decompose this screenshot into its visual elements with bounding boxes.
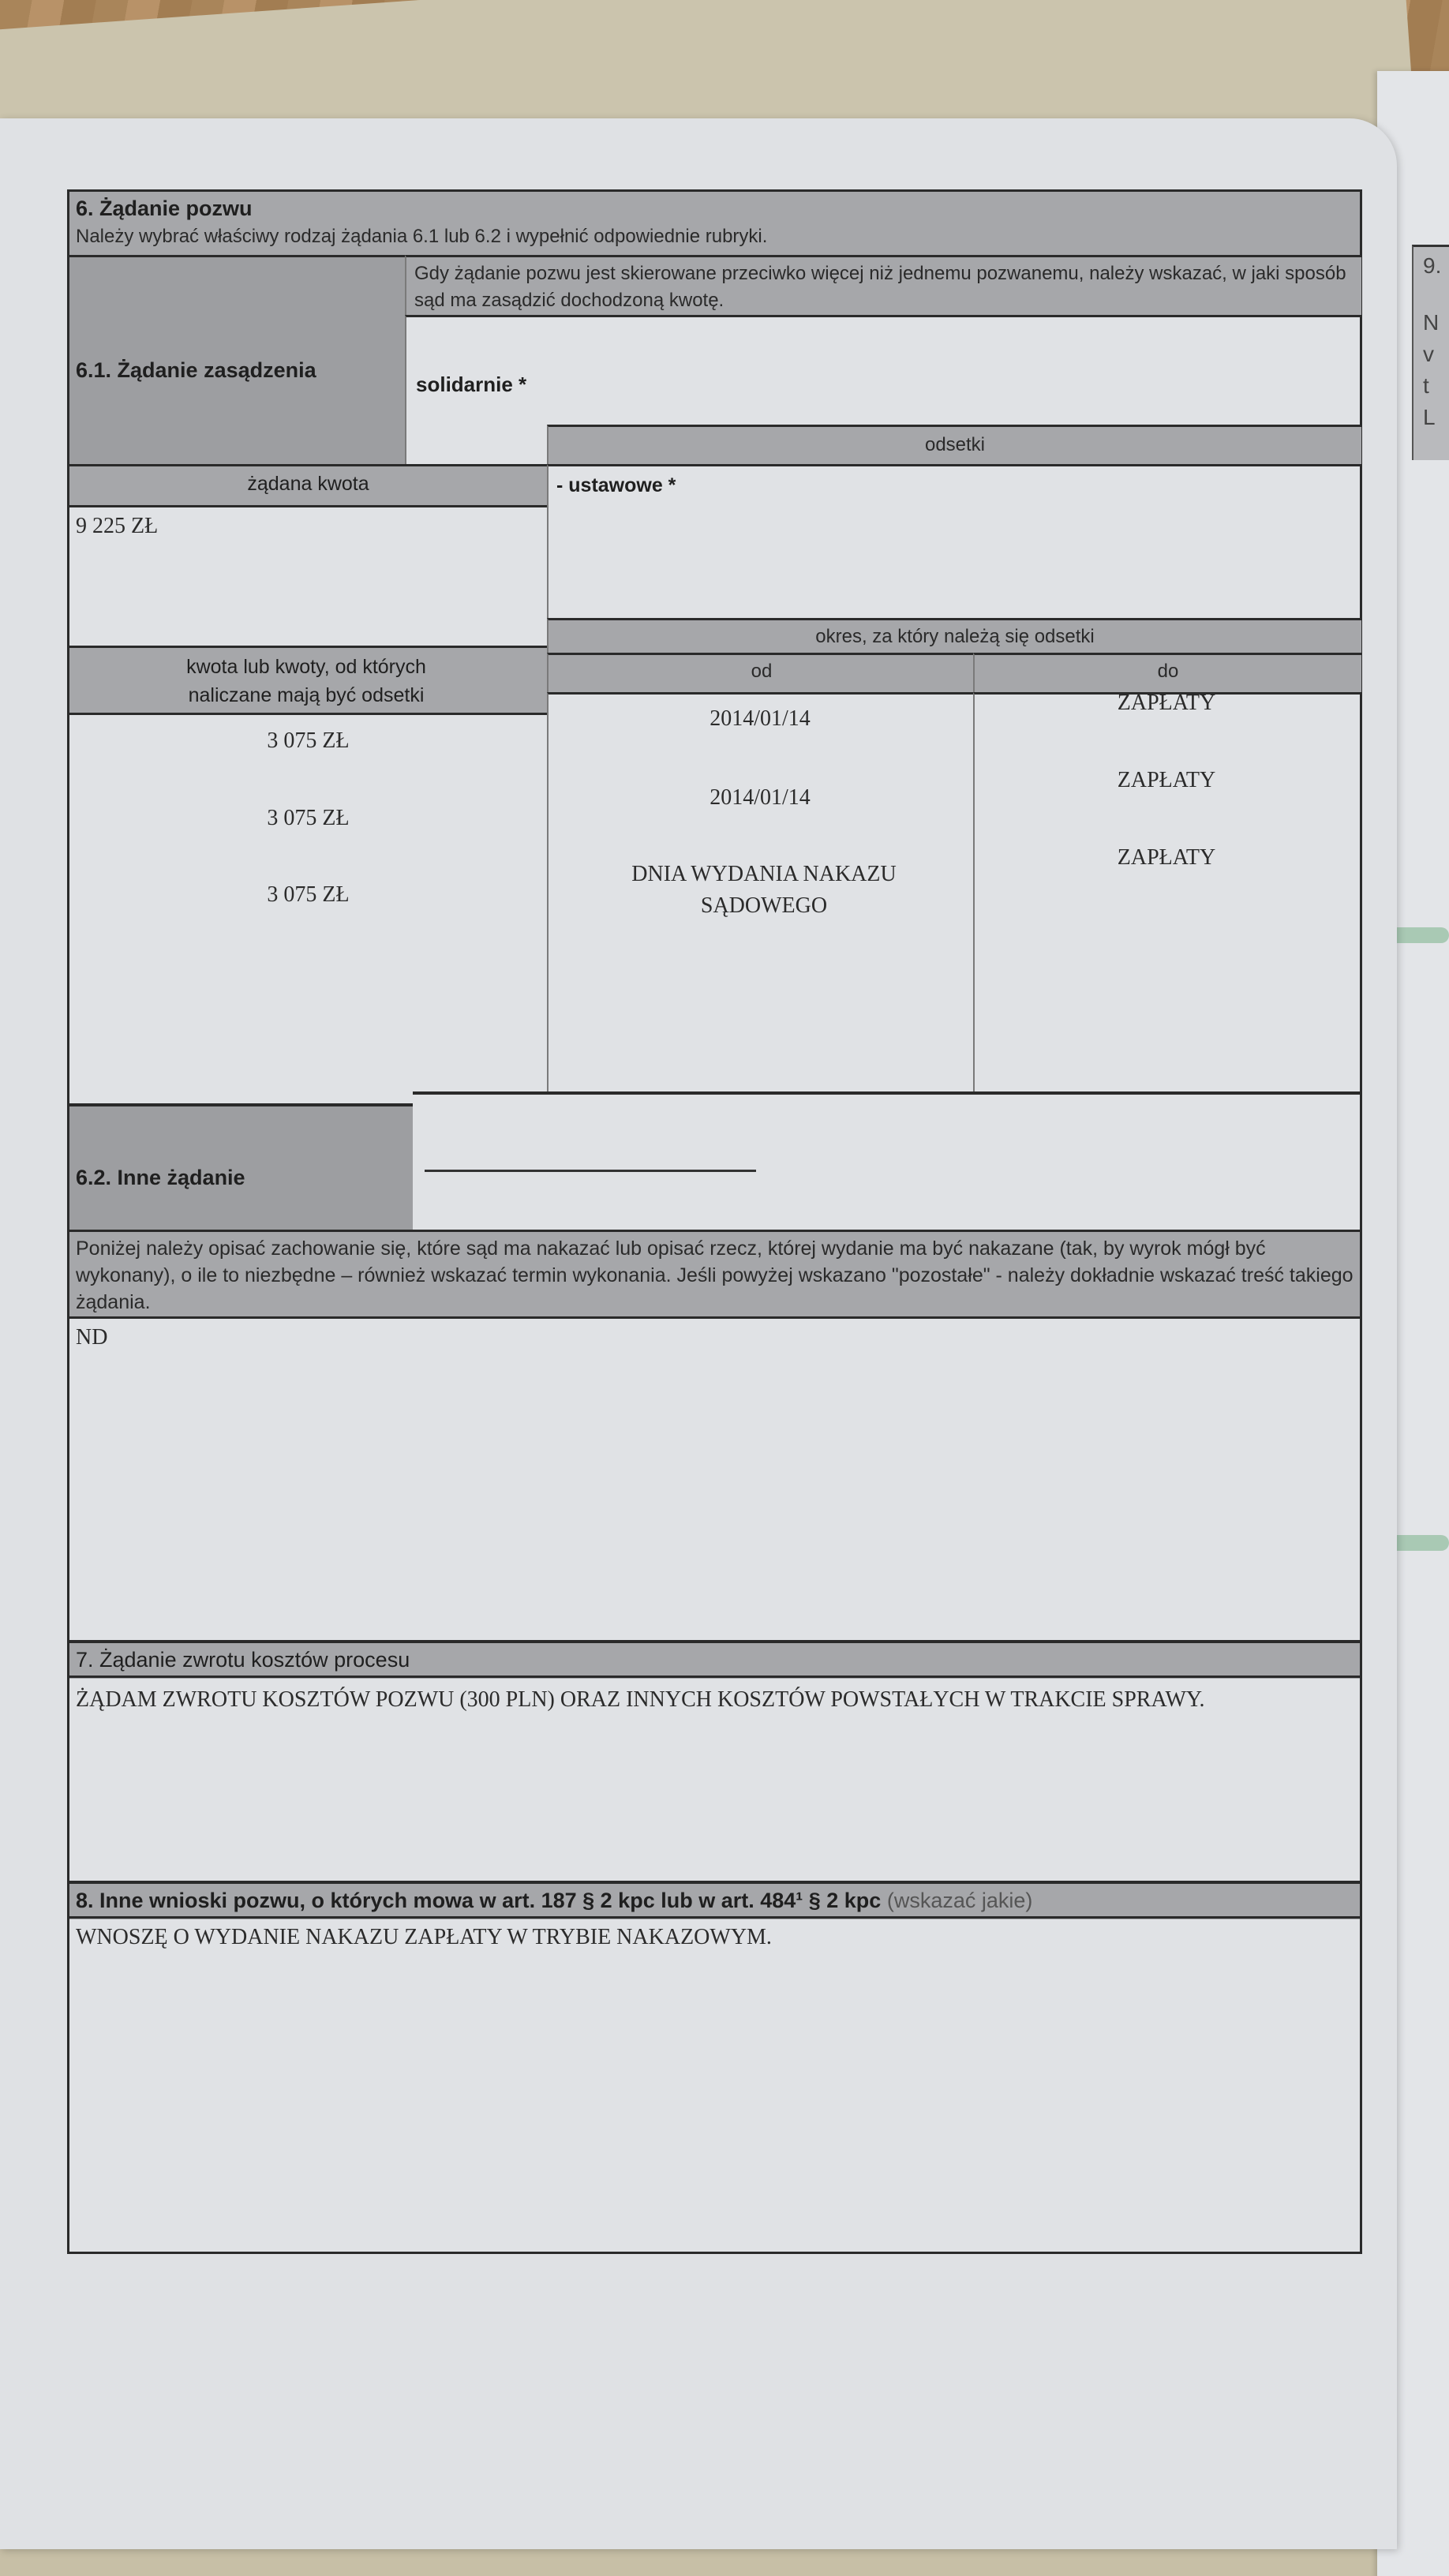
section7-title: 7. Żądanie zwrotu kosztów procesu <box>76 1648 410 1672</box>
interest-row-to: ZAPŁATY <box>973 691 1360 716</box>
period-header-label: okres, za który należą się odsetki <box>549 623 1361 650</box>
s62-answer-field[interactable]: ND <box>69 1316 1360 1642</box>
claim-form: 6. Żądanie pozwu Należy wybrać właściwy … <box>67 189 1362 2254</box>
interest-amount-header-label: kwota lub kwoty, od których naliczane ma… <box>148 653 464 710</box>
to-header-label: do <box>975 658 1361 685</box>
from-header: od <box>547 653 975 695</box>
section8-answer: WNOSZĘ O WYDANIE NAKAZU ZAPŁATY W TRYBIE… <box>76 1925 772 1950</box>
section7-answer: ŻĄDAM ZWROTU KOSZTÓW POZWU (300 PLN) ORA… <box>76 1684 1339 1716</box>
s62-value-field[interactable] <box>413 1091 1360 1233</box>
interest-header-label: odsetki <box>549 432 1361 459</box>
interest-to-cell <box>973 692 1361 1092</box>
s62-instruction: Poniżej należy opisać zachowanie się, kt… <box>76 1235 1354 1316</box>
next-page-letter: L <box>1423 405 1436 430</box>
amount-header: żądana kwota <box>69 464 547 507</box>
interest-row-from: 2014/01/14 <box>547 706 973 732</box>
interest-row-to: ZAPŁATY <box>973 845 1360 871</box>
period-header: okres, za który należą się odsetki <box>547 618 1361 655</box>
interest-row-to: ZAPŁATY <box>973 768 1360 793</box>
s61-hint: Gdy żądanie pozwu jest skierowane przeci… <box>414 260 1354 314</box>
interest-header: odsetki <box>547 425 1361 466</box>
s62-answer: ND <box>76 1325 107 1350</box>
interest-row-amount: 3 075 ZŁ <box>69 728 547 754</box>
next-page-section-number: 9. <box>1423 253 1441 279</box>
interest-amount-header: kwota lub kwoty, od których naliczane ma… <box>69 646 547 715</box>
s62-label: 6.2. Inne żądanie <box>76 1166 245 1190</box>
next-page-letter: v <box>1423 342 1434 367</box>
section8-title: 8. Inne wnioski pozwu, o których mowa w … <box>76 1889 881 1912</box>
s62-label-cell: 6.2. Inne żądanie <box>69 1103 413 1233</box>
section7-header: 7. Żądanie zwrotu kosztów procesu <box>69 1640 1360 1679</box>
s61-value: solidarnie * <box>416 373 526 397</box>
interest-row-amount: 3 075 ZŁ <box>69 806 547 831</box>
next-page-letter: t <box>1423 373 1429 399</box>
to-header: do <box>973 653 1361 695</box>
next-page-letter: N <box>1423 310 1439 335</box>
s61-hint-cell: Gdy żądanie pozwu jest skierowane przeci… <box>405 255 1361 317</box>
section8-header: 8. Inne wnioski pozwu, o których mowa w … <box>69 1881 1360 1919</box>
amount-value: 9 225 ZŁ <box>76 514 158 539</box>
from-header-label: od <box>549 658 975 685</box>
section6-instruction: Należy wybrać właściwy rodzaj żądania 6.… <box>76 223 1339 250</box>
s61-label: 6.1. Żądanie zasądzenia <box>76 358 316 383</box>
amount-header-label: żądana kwota <box>69 473 547 496</box>
section8-title-hint: (wskazać jakie) <box>887 1889 1033 1912</box>
interest-row-from: 2014/01/14 <box>547 785 973 811</box>
interest-row-from: DNIA WYDANIA NAKAZU SĄDOWEGO <box>614 859 914 922</box>
s61-label-cell: 6.1. Żądanie zasądzenia <box>69 255 405 494</box>
interest-row-amount: 3 075 ZŁ <box>69 882 547 908</box>
next-page-section-tab: 9. N v t L <box>1412 245 1449 460</box>
interest-value: - ustawowe * <box>556 474 676 497</box>
s62-blank-line <box>425 1170 756 1172</box>
section6-title: 6. Żądanie pozwu <box>76 197 253 221</box>
section8-answer-field[interactable]: WNOSZĘ O WYDANIE NAKAZU ZAPŁATY W TRYBIE… <box>69 1916 1360 2254</box>
s62-instruction-band: Poniżej należy opisać zachowanie się, kt… <box>69 1230 1360 1319</box>
section6-header: 6. Żądanie pozwu Należy wybrać właściwy … <box>69 192 1360 255</box>
section7-answer-field[interactable]: ŻĄDAM ZWROTU KOSZTÓW POZWU (300 PLN) ORA… <box>69 1676 1360 1871</box>
